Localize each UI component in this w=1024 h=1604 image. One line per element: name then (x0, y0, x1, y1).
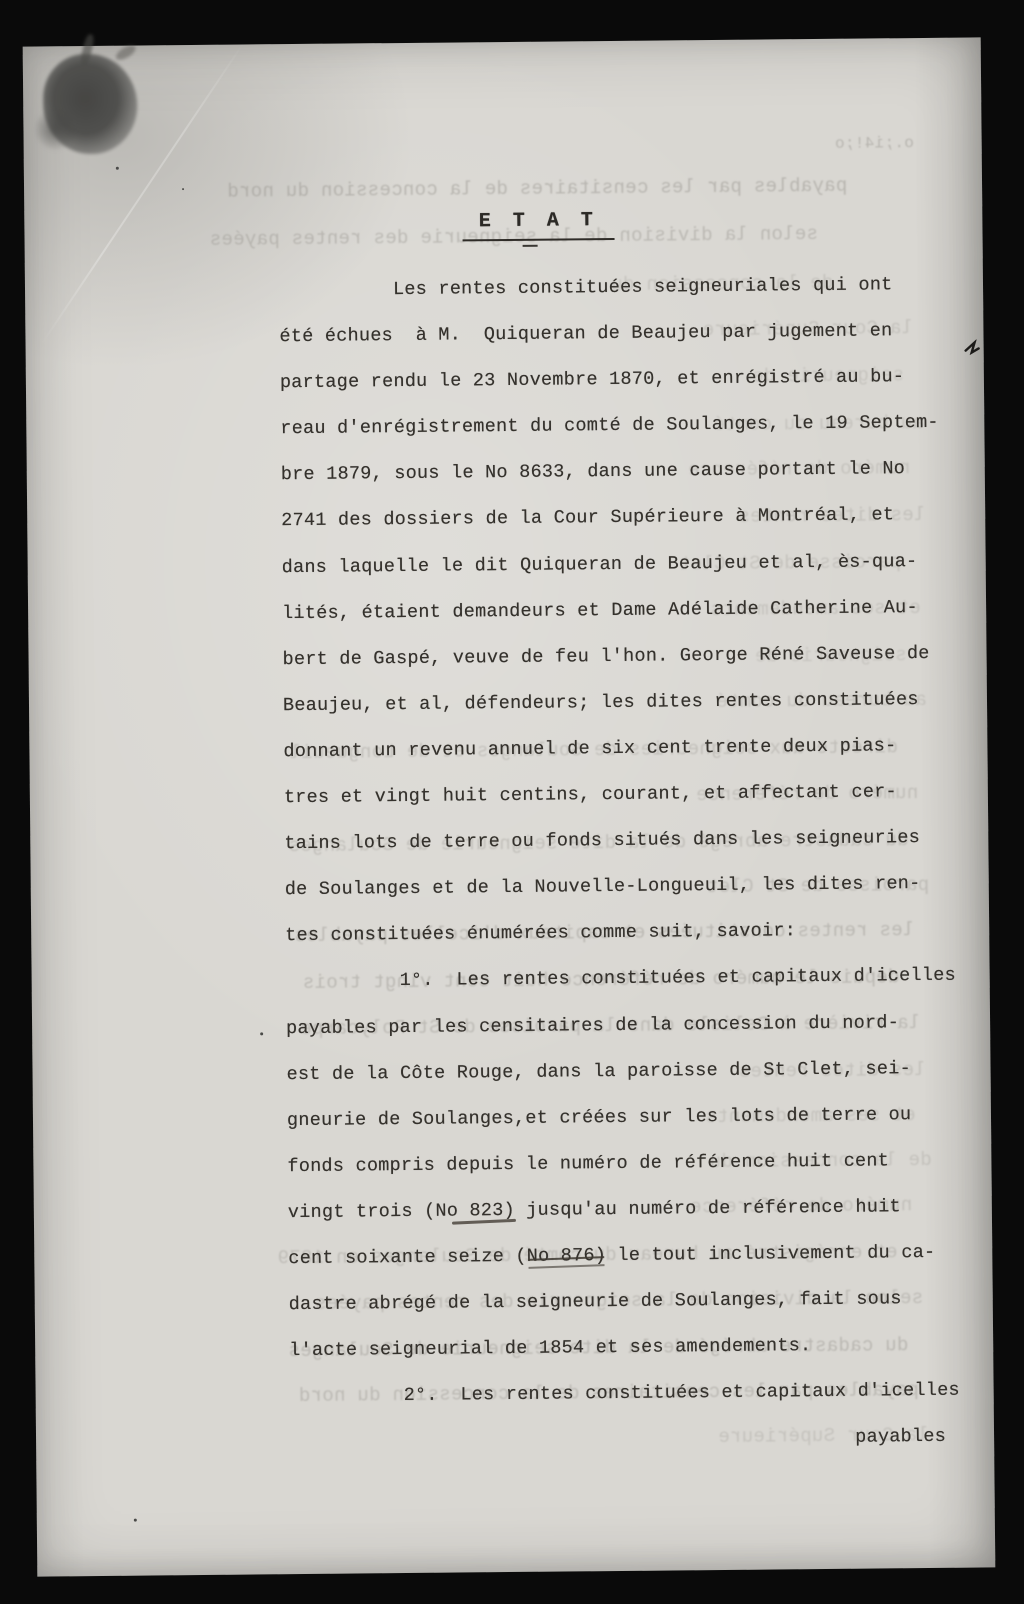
catchword-payables: payables (855, 1414, 946, 1461)
dust-speck (260, 1032, 263, 1035)
body-line: tains lots de terre ou fonds situés dans… (284, 815, 984, 868)
body-line: l'acte seigneurial de 1854 et ses amende… (289, 1322, 989, 1375)
body-line: lités, étaient demandeurs et Dame Adélai… (282, 584, 982, 637)
dust-speck (134, 1519, 137, 1522)
body-line: 1°. Les rentes constituées et capitaux d… (285, 953, 985, 1006)
body-line: Les rentes constituées seigneuriales qui… (279, 261, 979, 314)
body-line: dans laquelle le dit Quiqueran de Beauje… (281, 538, 981, 591)
document-title: E T A T (479, 209, 598, 233)
ghost-line: o.;i4!;o (834, 132, 913, 155)
body-text: Les rentes constituées seigneuriales qui… (279, 261, 990, 1420)
body-line: dastre abrégé de la seigneurie de Soulan… (289, 1275, 989, 1328)
dust-speck (116, 167, 119, 170)
body-line: 2°. Les rentes constituées et capitaux d… (289, 1368, 989, 1421)
body-line: vingt trois (No 823) jusqu'au numéro de … (288, 1183, 988, 1236)
ghost-line: payables par les censitaires de la conce… (227, 175, 847, 203)
body-line: tes constituées énumérées comme suit, sa… (285, 907, 985, 960)
body-line: donnant un revenu annuel de six cent tre… (283, 722, 983, 775)
margin-pen-mark (964, 339, 984, 357)
title-underline-tick (523, 245, 538, 247)
body-line: est de la Côte Rouge, dans la paroisse d… (286, 1045, 986, 1098)
body-line: été échues à M. Quiqueran de Beaujeu par… (279, 308, 979, 361)
body-line: 2741 des dossiers de la Cour Supérieure … (281, 492, 981, 545)
body-line: Beaujeu, et al, défendeurs; les dites re… (283, 676, 983, 729)
body-line: fonds compris depuis le numéro de référe… (287, 1137, 987, 1190)
body-line: payables par les censitaires de la conce… (286, 999, 986, 1052)
body-line: partage rendu le 23 Novembre 1870, et en… (280, 354, 980, 407)
body-line: gneurie de Soulanges,et créées sur les l… (287, 1091, 987, 1144)
scan-background: o.;i4!;opayables par les censitaires de … (0, 0, 1024, 1604)
body-line: tres et vingt huit centins, courant, et … (284, 768, 984, 821)
body-line: de Soulanges et de la Nouvelle-Longueuil… (285, 861, 985, 914)
document-title-underline: E T A T (462, 209, 614, 241)
dust-speck (182, 188, 184, 190)
body-line: reau d'enrégistrement du comté de Soulan… (280, 400, 980, 453)
paper-page: o.;i4!;opayables par les censitaires de … (23, 37, 996, 1576)
body-line: bert de Gaspé, veuve de feu l'hon. Georg… (282, 630, 982, 683)
body-line: bre 1879, sous le No 8633, dans une caus… (281, 446, 981, 499)
body-line: cent soixante seize (No 876) le tout inc… (288, 1229, 988, 1282)
ink-stain-lobe (35, 108, 75, 150)
